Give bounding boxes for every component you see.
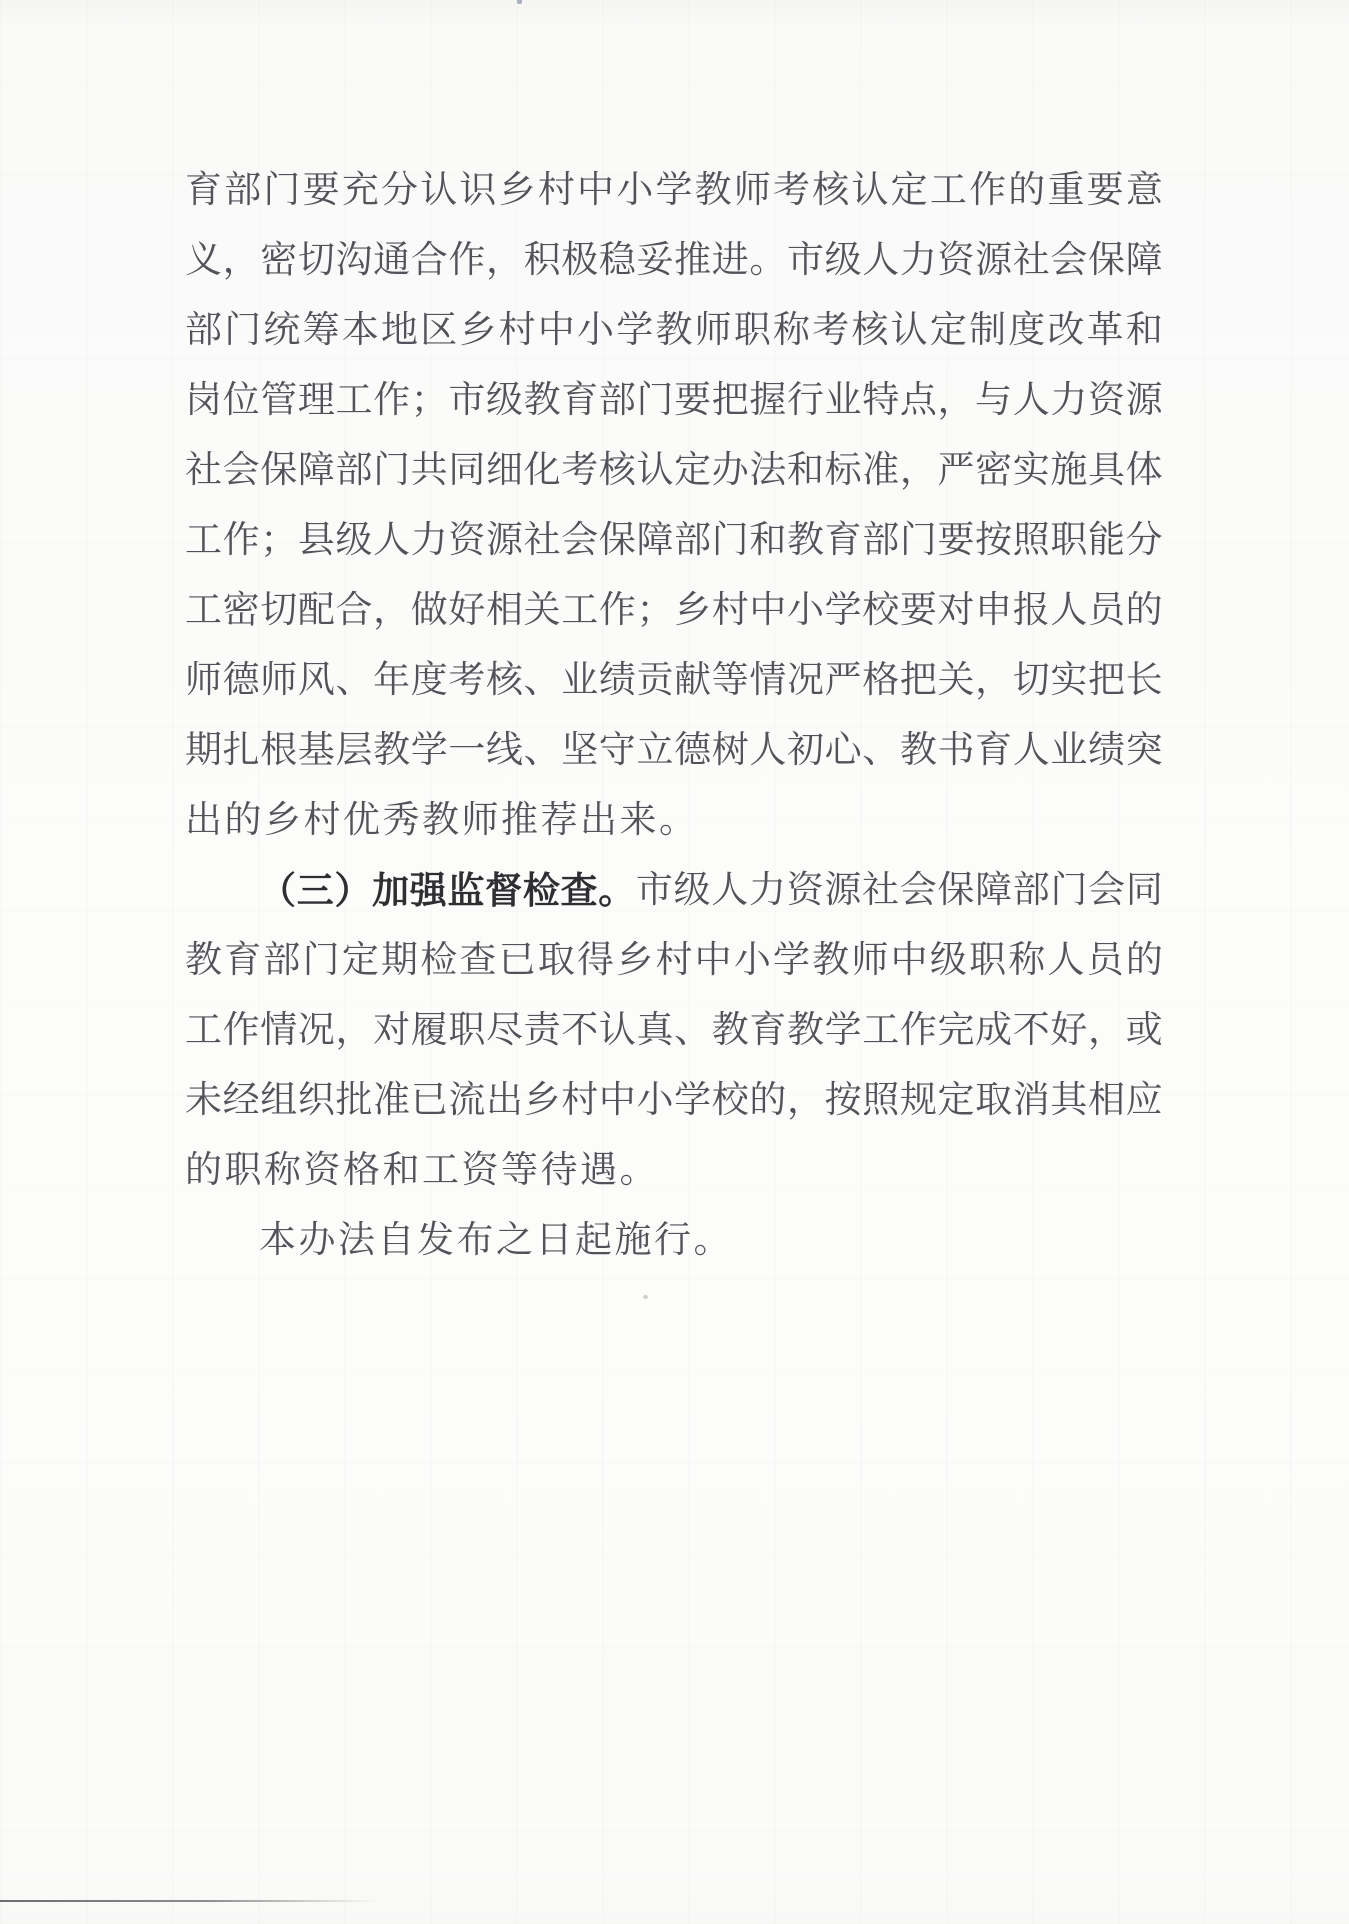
text-line-2: 义，密切沟通合作，积极稳妥推进。市级人力资源社会保障 [185, 225, 1163, 295]
text-line-5: 社会保障部门共同细化考核认定办法和标准，严密实施具体 [185, 435, 1163, 505]
scanned-document-page: 育部门要充分认识乡村中小学教师考核认定工作的重要意义，密切沟通合作，积极稳妥推进… [0, 0, 1349, 1924]
text-line-16: 本办法自发布之日起施行。 [185, 1205, 1163, 1275]
text-line-13: 工作情况，对履职尽责不认真、教育教学工作完成不好，或 [185, 995, 1163, 1065]
text-line-9: 期扎根基层教学一线、坚守立德树人初心、教书育人业绩突 [185, 715, 1163, 785]
text-line-12: 教育部门定期检查已取得乡村中小学教师中级职称人员的 [185, 925, 1163, 995]
text-line-14: 未经组织批准已流出乡村中小学校的，按照规定取消其相应 [185, 1065, 1163, 1135]
text-line-10: 出的乡村优秀教师推荐出来。 [185, 785, 1163, 855]
text-line-4: 岗位管理工作；市级教育部门要把握行业特点，与人力资源 [185, 365, 1163, 435]
document-text-block: 育部门要充分认识乡村中小学教师考核认定工作的重要意义，密切沟通合作，积极稳妥推进… [185, 155, 1163, 1275]
text-line-8: 师德师风、年度考核、业绩贡献等情况严格把关，切实把长 [185, 645, 1163, 715]
scan-speck-top [517, 0, 522, 4]
text-line-15: 的职称资格和工资等待遇。 [185, 1135, 1163, 1205]
scan-speck-middle [643, 1295, 648, 1299]
text-line-7: 工密切配合，做好相关工作；乡村中小学校要对申报人员的 [185, 575, 1163, 645]
text-line-3: 部门统筹本地区乡村中小学教师职称考核认定制度改革和 [185, 295, 1163, 365]
text-line-1: 育部门要充分认识乡村中小学教师考核认定工作的重要意 [185, 155, 1163, 225]
text-line-6: 工作；县级人力资源社会保障部门和教育部门要按照职能分 [185, 505, 1163, 575]
text-line-11: （三）加强监督检查。市级人力资源社会保障部门会同 [185, 855, 1163, 925]
scan-artifact-edge-line [0, 1900, 376, 1902]
